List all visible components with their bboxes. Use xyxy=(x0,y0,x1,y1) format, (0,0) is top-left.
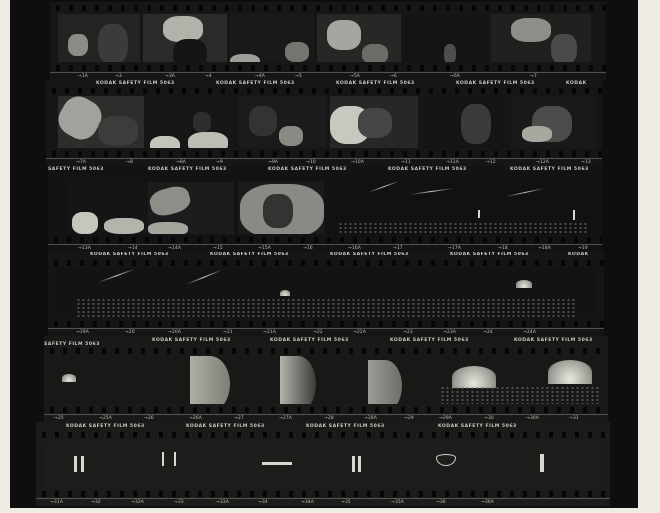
edge-label: KODAK SAFETY FILM 5063 xyxy=(456,81,535,86)
frame-number: →3 xyxy=(115,74,122,79)
edge-label: KODAK SAFETY FILM 5063 xyxy=(388,167,467,172)
frame-number: →26A xyxy=(189,416,202,421)
frame-number: →3A xyxy=(165,74,175,79)
edge-label: KODAK SAFETY FILM 5063 xyxy=(336,81,415,86)
edge-label: KODAK SAFETY FILM 5063 xyxy=(90,252,169,257)
film-strip-3: SAFETY FILM 5063 KODAK SAFETY FILM 5063 … xyxy=(48,166,602,252)
film-strip-6: KODAK SAFETY FILM 5063 KODAK SAFETY FILM… xyxy=(36,422,610,506)
edge-label: KODAK SAFETY FILM 5063 xyxy=(390,338,469,343)
frame-number: →19 xyxy=(578,246,588,251)
edge-label: KODAK SAFETY FILM 5063 xyxy=(270,338,349,343)
sprocket-holes xyxy=(48,260,604,266)
frame-number: →15A xyxy=(258,246,271,251)
frame-number: →4 xyxy=(205,74,212,79)
edge-label: KODAK SAFETY FILM 5063 xyxy=(268,167,347,172)
frame-number: →24A xyxy=(523,330,536,335)
frame-number: →27A xyxy=(279,416,292,421)
frame-number: →22A xyxy=(353,330,366,335)
photo-frame xyxy=(68,182,148,234)
sprocket-holes xyxy=(48,321,604,327)
photo-frame xyxy=(421,96,509,148)
edge-label: KODAK SAFETY FILM 5063 xyxy=(186,424,265,429)
frame-number: →29 xyxy=(404,416,414,421)
frame-number: →8A xyxy=(176,160,186,165)
frame-number: →22 xyxy=(313,330,323,335)
sprocket-holes xyxy=(44,348,608,354)
photo-frame xyxy=(230,14,314,62)
frame-number: →23A xyxy=(443,330,456,335)
frame-number: →21 xyxy=(223,330,233,335)
sprocket-holes xyxy=(46,151,602,157)
photo-frame xyxy=(148,182,234,234)
frame-number: →18A xyxy=(538,246,551,251)
frame-number: →17A xyxy=(448,246,461,251)
frame-number: →35 xyxy=(341,500,351,505)
photo-frame xyxy=(317,14,401,62)
frame-number: →1A xyxy=(78,74,88,79)
frame-number: →5A xyxy=(350,74,360,79)
frame-number: →16A xyxy=(348,246,361,251)
frame-number: →34 xyxy=(258,500,268,505)
frame-number: →18 xyxy=(498,246,508,251)
sprocket-holes xyxy=(44,407,608,413)
photo-frame xyxy=(58,14,140,62)
edge-label: KODAK SAFETY FILM 5063 xyxy=(306,424,385,429)
film-strip-2: KODAK SAFETY FILM 5063 KODAK SAFETY FILM… xyxy=(46,80,602,166)
photo-frame xyxy=(58,96,144,148)
frame-number: →30A xyxy=(526,416,539,421)
frame-number: →27 xyxy=(234,416,244,421)
photo-frame xyxy=(491,14,591,62)
frame-number: →31A xyxy=(50,500,63,505)
frame-number: →33A xyxy=(216,500,229,505)
frame-number: →7A xyxy=(76,160,86,165)
frame-number: →17 xyxy=(393,246,403,251)
edge-label: KODAK SAFETY FILM 5063 xyxy=(210,252,289,257)
sprocket-holes xyxy=(50,5,606,11)
edge-label: KODAK xyxy=(566,81,587,86)
edge-label: KODAK xyxy=(568,252,589,257)
edge-label: KODAK SAFETY FILM 5063 xyxy=(66,424,145,429)
frame-number: →34A xyxy=(301,500,314,505)
frame-number: →32A xyxy=(131,500,144,505)
edge-label: SAFETY FILM 5063 xyxy=(48,167,104,172)
frame-number: →20A xyxy=(168,330,181,335)
photo-frame xyxy=(239,96,327,148)
sprocket-holes xyxy=(46,88,602,94)
edge-label: KODAK SAFETY FILM 5063 xyxy=(514,338,593,343)
frame-number: →13 xyxy=(581,160,591,165)
sprocket-holes xyxy=(50,65,606,71)
frame-number: →28A xyxy=(364,416,377,421)
contact-sheet: →1A →3 →3A →4 →4A →5 →5A →6 →6A →7 KODAK… xyxy=(10,0,638,508)
frame-number: →25A xyxy=(99,416,112,421)
frame-number: →6 xyxy=(390,74,397,79)
frame-number: →35A xyxy=(391,500,404,505)
edge-label: KODAK SAFETY FILM 5063 xyxy=(216,81,295,86)
frame-number: →24 xyxy=(483,330,493,335)
frame-number: →10 xyxy=(306,160,316,165)
frame-number: →12 xyxy=(486,160,496,165)
frame-number: →8 xyxy=(126,160,133,165)
frame-number: →11A xyxy=(446,160,459,165)
frame-number: →36 xyxy=(436,500,446,505)
photo-frame xyxy=(50,356,600,404)
photo-frame xyxy=(56,268,596,318)
edge-label: SAFETY FILM 5063 xyxy=(44,342,100,347)
edge-label: KODAK SAFETY FILM 5063 xyxy=(148,167,227,172)
frame-number: →29A xyxy=(439,416,452,421)
film-strip-5: SAFETY FILM 5063 KODAK SAFETY FILM 5063 … xyxy=(44,336,608,422)
frame-number: →15 xyxy=(213,246,223,251)
photo-frame xyxy=(512,96,596,148)
frame-number: →6A xyxy=(450,74,460,79)
photo-frame xyxy=(148,96,236,148)
frame-number: →19A xyxy=(76,330,89,335)
frame-number: →20 xyxy=(125,330,135,335)
frame-number: →33 xyxy=(174,500,184,505)
edge-label: KODAK SAFETY FILM 5063 xyxy=(510,167,589,172)
frame-number: →30 xyxy=(484,416,494,421)
edge-label: KODAK SAFETY FILM 5063 xyxy=(330,252,409,257)
sprocket-holes xyxy=(48,237,602,243)
frame-number: →9 xyxy=(216,160,223,165)
edge-label: KODAK SAFETY FILM 5063 xyxy=(152,338,231,343)
frame-number: →5 xyxy=(295,74,302,79)
frame-number: →14 xyxy=(128,246,138,251)
frame-number: →12A xyxy=(536,160,549,165)
frame-number: →28 xyxy=(324,416,334,421)
sprocket-holes xyxy=(36,432,610,438)
frame-number: →21A xyxy=(263,330,276,335)
frame-number: →36A xyxy=(481,500,494,505)
photo-frame xyxy=(143,14,227,62)
frame-number: →25 xyxy=(54,416,64,421)
film-strip-1: →1A →3 →3A →4 →4A →5 →5A →6 →6A →7 xyxy=(50,2,606,80)
photo-frame xyxy=(44,442,600,488)
frame-number: →9A xyxy=(268,160,278,165)
photo-frame xyxy=(330,96,418,148)
frame-number: →26 xyxy=(144,416,154,421)
frame-number: →4A xyxy=(255,74,265,79)
frame-number: →13A xyxy=(78,246,91,251)
photo-frame xyxy=(238,182,324,234)
edge-label: KODAK SAFETY FILM 5063 xyxy=(438,424,517,429)
frame-number: →11 xyxy=(401,160,411,165)
edge-label: KODAK SAFETY FILM 5063 xyxy=(96,81,175,86)
edge-label: KODAK SAFETY FILM 5063 xyxy=(450,252,529,257)
frame-number: →14A xyxy=(168,246,181,251)
photo-frame xyxy=(404,14,488,62)
frame-number: →23 xyxy=(403,330,413,335)
frame-number: →16 xyxy=(303,246,313,251)
frame-number: →7 xyxy=(530,74,537,79)
frame-number: →10A xyxy=(351,160,364,165)
frame-number: →31 xyxy=(569,416,579,421)
photo-frame xyxy=(328,182,598,234)
frame-number: →32 xyxy=(91,500,101,505)
sprocket-holes xyxy=(36,491,610,497)
film-strip-4: KODAK SAFETY FILM 5063 KODAK SAFETY FILM… xyxy=(48,252,604,336)
